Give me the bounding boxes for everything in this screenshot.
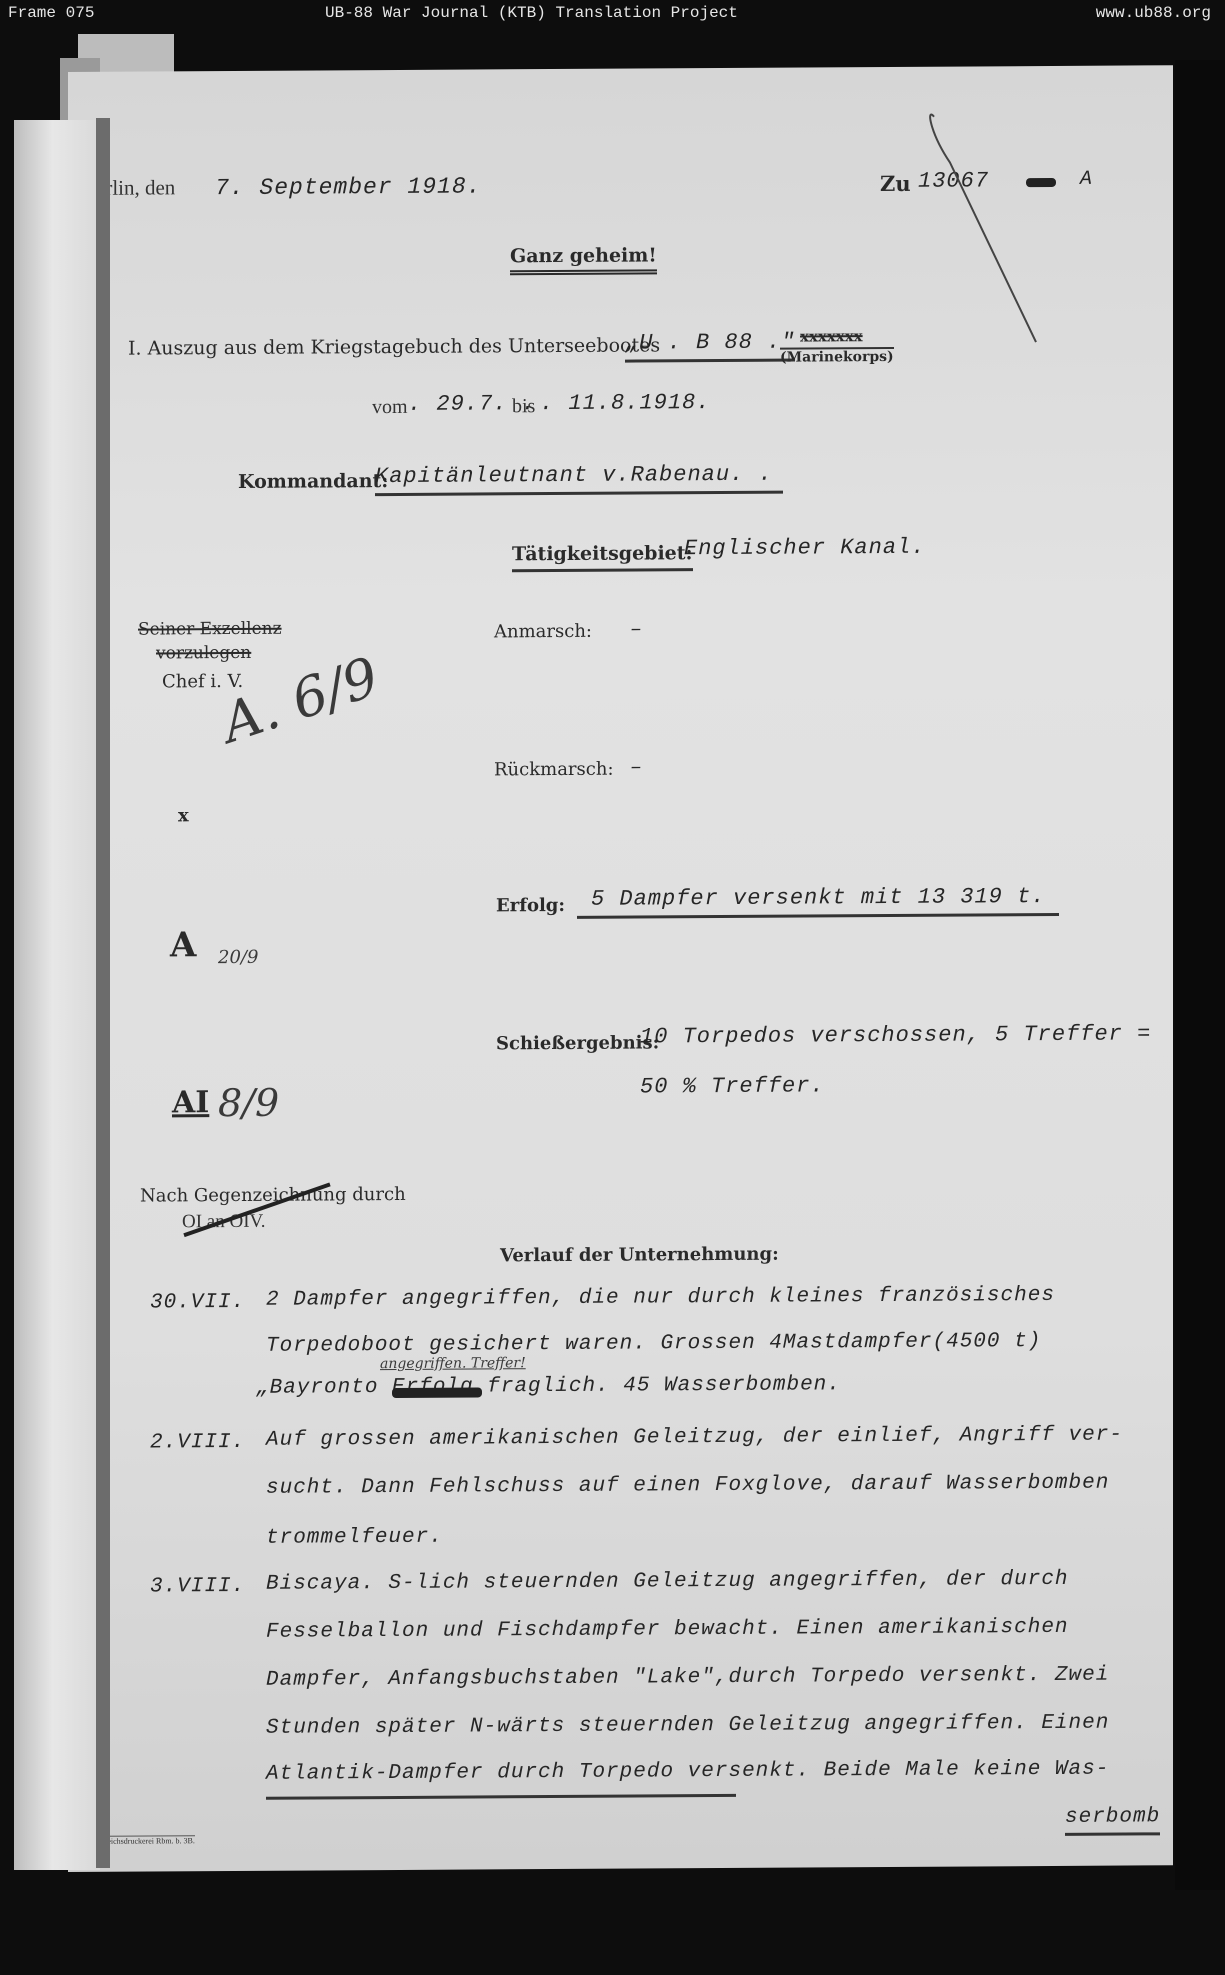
boat-designation: „U . B 88 ."	[625, 330, 795, 363]
outbound-label: Anmarsch:	[494, 621, 592, 643]
success-value: 5 Dampfer versenkt mit 13 319 t.	[577, 884, 1059, 919]
success-label: Erfolg:	[496, 895, 565, 916]
mark-a-date: 20/9	[218, 947, 258, 968]
area-value: Englischer Kanal.	[684, 535, 925, 561]
entry-date: 3.VIII.	[150, 1575, 245, 1599]
binding-edge	[96, 118, 110, 1868]
entry-line: Atlantik-Dampfer durch Torpedo versenkt.…	[266, 1758, 1109, 1786]
entry-line: Auf grossen amerikanischen Geleitzug, de…	[266, 1424, 1123, 1452]
commander-label: Kommandant:	[238, 470, 388, 493]
handwritten-insertion: angegriffen. Treffer!	[380, 1355, 526, 1372]
document-date: 7. September 1918.	[215, 173, 481, 201]
reference-suffix: A	[1080, 168, 1093, 191]
entry-line: Stunden später N-wärts steuernden Geleit…	[266, 1712, 1109, 1740]
outbound-value: –	[630, 618, 643, 641]
firing-value-line2: 50 % Treffer.	[640, 1073, 825, 1099]
classification-label: Ganz geheim!	[510, 244, 657, 275]
entry-line: sucht. Dann Fehlschuss auf einen Foxglov…	[266, 1472, 1109, 1500]
excellency-note-line2: vorzulegen	[156, 643, 251, 664]
entry-line: Fesselballon und Fischdampfer bewacht. E…	[266, 1616, 1069, 1644]
return-value: –	[630, 756, 643, 779]
adjacent-sheet	[14, 120, 100, 1870]
area-label: Tätigkeitsgebiet:	[512, 542, 693, 572]
redaction-mark	[392, 1387, 482, 1398]
document-page: erlin, den 7. September 1918. Zu 13067 A…	[68, 65, 1173, 1872]
film-border	[1175, 60, 1225, 1890]
website-link[interactable]: www.ub88.org	[1096, 0, 1211, 26]
entry-line: trommelfeuer.	[266, 1526, 443, 1550]
underline-rule	[266, 1794, 736, 1800]
entry-date: 30.VII.	[150, 1291, 245, 1315]
pencil-stroke-icon	[920, 102, 1050, 353]
entry-line: Dampfer, Anfangsbuchstaben "Lake",durch …	[266, 1664, 1109, 1692]
unit-struck: xxxxxxx	[800, 327, 863, 345]
entry-line: Torpedoboot gesichert waren. Grossen 4Ma…	[266, 1330, 1041, 1358]
reference-prefix: Zu	[880, 171, 911, 196]
mark-a: A	[170, 925, 196, 965]
frame-label: Frame 075	[8, 0, 94, 26]
excellency-note-line1: Seiner Exzellenz	[138, 619, 282, 640]
firing-value-line1: 10 Torpedos verschossen, 5 Treffer =	[640, 1021, 1151, 1049]
entry-line: Biscaya. S-lich steuernden Geleitzug ang…	[266, 1568, 1069, 1596]
frame-header: Frame 075 UB-88 War Journal (KTB) Transl…	[0, 0, 1225, 26]
return-label: Rückmarsch:	[494, 759, 614, 781]
period-to: . 11.8.1918.	[540, 390, 710, 416]
mark-a1: AI	[172, 1085, 209, 1120]
entry-line: „Bayronto Erfolg fraglich. 45 Wasserbomb…	[256, 1373, 841, 1400]
entry-line: 2 Dampfer angegriffen, die nur durch kle…	[266, 1284, 1055, 1312]
mark-a1-date: 8/9	[218, 1081, 279, 1125]
entry-line: serbomb	[1065, 1805, 1160, 1836]
course-heading: Verlauf der Unternehmung:	[500, 1244, 779, 1267]
firing-label: Schießergebnis:	[496, 1032, 659, 1054]
unit-note: (Marinekorps)	[780, 347, 894, 366]
entry-date: 2.VIII.	[150, 1431, 245, 1455]
cross-mark: x	[178, 805, 189, 826]
period-to-label: bis	[512, 395, 535, 418]
period-from-label: vom	[372, 396, 408, 419]
strike-through-icon	[180, 1180, 340, 1241]
commander-value: Kapitänleutnant v.Rabenau. .	[375, 462, 783, 496]
document-title: I. Auszug aus dem Kriegstagebuch des Unt…	[128, 334, 660, 359]
print-mark: Reichsdruckerei Rbm. b. 3B.	[102, 1835, 195, 1846]
project-title: UB-88 War Journal (KTB) Translation Proj…	[325, 0, 738, 26]
